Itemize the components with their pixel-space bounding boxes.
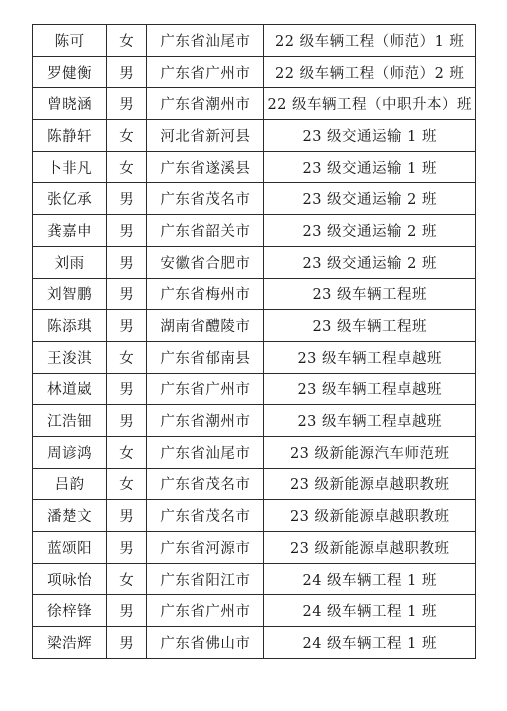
cell-origin: 广东省茂名市 bbox=[147, 500, 264, 532]
roster-body: 陈可女广东省汕尾市22 级车辆工程（师范）1 班罗健衡男广东省广州市22 级车辆… bbox=[33, 25, 476, 659]
cell-name: 项咏怡 bbox=[33, 563, 107, 595]
table-row: 吕韵女广东省茂名市23 级新能源卓越职教班 bbox=[33, 468, 476, 500]
table-row: 张亿承男广东省茂名市23 级交通运输 2 班 bbox=[33, 183, 476, 215]
cell-name: 罗健衡 bbox=[33, 56, 107, 88]
table-row: 曾晓涵男广东省潮州市22 级车辆工程（中职升本）班 bbox=[33, 88, 476, 120]
cell-origin: 广东省茂名市 bbox=[147, 183, 264, 215]
cell-name: 卜非凡 bbox=[33, 151, 107, 183]
cell-origin: 安徽省合肥市 bbox=[147, 246, 264, 278]
student-roster-table: 陈可女广东省汕尾市22 级车辆工程（师范）1 班罗健衡男广东省广州市22 级车辆… bbox=[32, 24, 476, 659]
cell-name: 陈添琪 bbox=[33, 310, 107, 342]
cell-name: 陈可 bbox=[33, 25, 107, 57]
cell-gender: 男 bbox=[107, 88, 147, 120]
cell-name: 吕韵 bbox=[33, 468, 107, 500]
cell-name: 刘智鹏 bbox=[33, 278, 107, 310]
cell-origin: 广东省汕尾市 bbox=[147, 25, 264, 57]
table-row: 陈可女广东省汕尾市22 级车辆工程（师范）1 班 bbox=[33, 25, 476, 57]
cell-gender: 男 bbox=[107, 215, 147, 247]
cell-origin: 广东省郁南县 bbox=[147, 341, 264, 373]
table-row: 卜非凡女广东省遂溪县23 级交通运输 1 班 bbox=[33, 151, 476, 183]
cell-gender: 女 bbox=[107, 563, 147, 595]
cell-origin: 广东省汕尾市 bbox=[147, 436, 264, 468]
cell-origin: 广东省广州市 bbox=[147, 56, 264, 88]
cell-gender: 男 bbox=[107, 500, 147, 532]
cell-class: 24 级车辆工程 1 班 bbox=[264, 563, 476, 595]
cell-name: 王浚淇 bbox=[33, 341, 107, 373]
cell-gender: 男 bbox=[107, 278, 147, 310]
table-row: 王浚淇女广东省郁南县23 级车辆工程卓越班 bbox=[33, 341, 476, 373]
table-row: 周谚鸿女广东省汕尾市23 级新能源汽车师范班 bbox=[33, 436, 476, 468]
cell-name: 张亿承 bbox=[33, 183, 107, 215]
cell-origin: 广东省广州市 bbox=[147, 373, 264, 405]
cell-name: 徐梓锋 bbox=[33, 595, 107, 627]
table-row: 项咏怡女广东省阳江市24 级车辆工程 1 班 bbox=[33, 563, 476, 595]
table-row: 梁浩辉男广东省佛山市24 级车辆工程 1 班 bbox=[33, 627, 476, 659]
cell-name: 曾晓涵 bbox=[33, 88, 107, 120]
cell-gender: 男 bbox=[107, 183, 147, 215]
cell-name: 陈静轩 bbox=[33, 120, 107, 152]
cell-gender: 男 bbox=[107, 373, 147, 405]
cell-origin: 广东省广州市 bbox=[147, 595, 264, 627]
cell-class: 23 级车辆工程班 bbox=[264, 310, 476, 342]
cell-class: 23 级新能源卓越职教班 bbox=[264, 532, 476, 564]
cell-origin: 广东省河源市 bbox=[147, 532, 264, 564]
cell-class: 23 级交通运输 2 班 bbox=[264, 215, 476, 247]
cell-gender: 男 bbox=[107, 56, 147, 88]
cell-origin: 广东省梅州市 bbox=[147, 278, 264, 310]
cell-class: 23 级交通运输 1 班 bbox=[264, 120, 476, 152]
table-row: 陈静轩女河北省新河县23 级交通运输 1 班 bbox=[33, 120, 476, 152]
table-row: 龚嘉申男广东省韶关市23 级交通运输 2 班 bbox=[33, 215, 476, 247]
cell-class: 23 级交通运输 1 班 bbox=[264, 151, 476, 183]
cell-gender: 女 bbox=[107, 120, 147, 152]
cell-gender: 女 bbox=[107, 468, 147, 500]
table-row: 蓝颂阳男广东省河源市23 级新能源卓越职教班 bbox=[33, 532, 476, 564]
cell-name: 刘雨 bbox=[33, 246, 107, 278]
cell-class: 23 级新能源卓越职教班 bbox=[264, 500, 476, 532]
cell-class: 23 级车辆工程卓越班 bbox=[264, 405, 476, 437]
cell-origin: 广东省潮州市 bbox=[147, 405, 264, 437]
cell-gender: 女 bbox=[107, 341, 147, 373]
table-row: 江浩钿男广东省潮州市23 级车辆工程卓越班 bbox=[33, 405, 476, 437]
cell-origin: 广东省遂溪县 bbox=[147, 151, 264, 183]
cell-gender: 女 bbox=[107, 25, 147, 57]
table-row: 潘楚文男广东省茂名市23 级新能源卓越职教班 bbox=[33, 500, 476, 532]
cell-name: 周谚鸿 bbox=[33, 436, 107, 468]
cell-name: 江浩钿 bbox=[33, 405, 107, 437]
cell-gender: 男 bbox=[107, 627, 147, 659]
cell-class: 22 级车辆工程（师范）1 班 bbox=[264, 25, 476, 57]
table-row: 罗健衡男广东省广州市22 级车辆工程（师范）2 班 bbox=[33, 56, 476, 88]
table-row: 徐梓锋男广东省广州市24 级车辆工程 1 班 bbox=[33, 595, 476, 627]
cell-gender: 男 bbox=[107, 310, 147, 342]
cell-class: 22 级车辆工程（师范）2 班 bbox=[264, 56, 476, 88]
cell-class: 23 级交通运输 2 班 bbox=[264, 246, 476, 278]
cell-origin: 广东省阳江市 bbox=[147, 563, 264, 595]
cell-name: 蓝颂阳 bbox=[33, 532, 107, 564]
cell-name: 龚嘉申 bbox=[33, 215, 107, 247]
cell-origin: 广东省潮州市 bbox=[147, 88, 264, 120]
cell-origin: 广东省茂名市 bbox=[147, 468, 264, 500]
cell-gender: 男 bbox=[107, 595, 147, 627]
cell-class: 24 级车辆工程 1 班 bbox=[264, 595, 476, 627]
table-row: 刘雨男安徽省合肥市23 级交通运输 2 班 bbox=[33, 246, 476, 278]
cell-class: 24 级车辆工程 1 班 bbox=[264, 627, 476, 659]
cell-class: 22 级车辆工程（中职升本）班 bbox=[264, 88, 476, 120]
cell-name: 梁浩辉 bbox=[33, 627, 107, 659]
cell-origin: 湖南省醴陵市 bbox=[147, 310, 264, 342]
cell-class: 23 级车辆工程卓越班 bbox=[264, 341, 476, 373]
cell-origin: 河北省新河县 bbox=[147, 120, 264, 152]
cell-gender: 男 bbox=[107, 532, 147, 564]
cell-gender: 男 bbox=[107, 405, 147, 437]
cell-class: 23 级车辆工程卓越班 bbox=[264, 373, 476, 405]
cell-name: 潘楚文 bbox=[33, 500, 107, 532]
cell-name: 林道崴 bbox=[33, 373, 107, 405]
cell-class: 23 级车辆工程班 bbox=[264, 278, 476, 310]
cell-class: 23 级新能源汽车师范班 bbox=[264, 436, 476, 468]
cell-origin: 广东省韶关市 bbox=[147, 215, 264, 247]
table-row: 林道崴男广东省广州市23 级车辆工程卓越班 bbox=[33, 373, 476, 405]
cell-class: 23 级新能源卓越职教班 bbox=[264, 468, 476, 500]
cell-origin: 广东省佛山市 bbox=[147, 627, 264, 659]
cell-gender: 男 bbox=[107, 246, 147, 278]
table-row: 刘智鹏男广东省梅州市23 级车辆工程班 bbox=[33, 278, 476, 310]
table-row: 陈添琪男湖南省醴陵市23 级车辆工程班 bbox=[33, 310, 476, 342]
cell-gender: 女 bbox=[107, 436, 147, 468]
cell-gender: 女 bbox=[107, 151, 147, 183]
cell-class: 23 级交通运输 2 班 bbox=[264, 183, 476, 215]
